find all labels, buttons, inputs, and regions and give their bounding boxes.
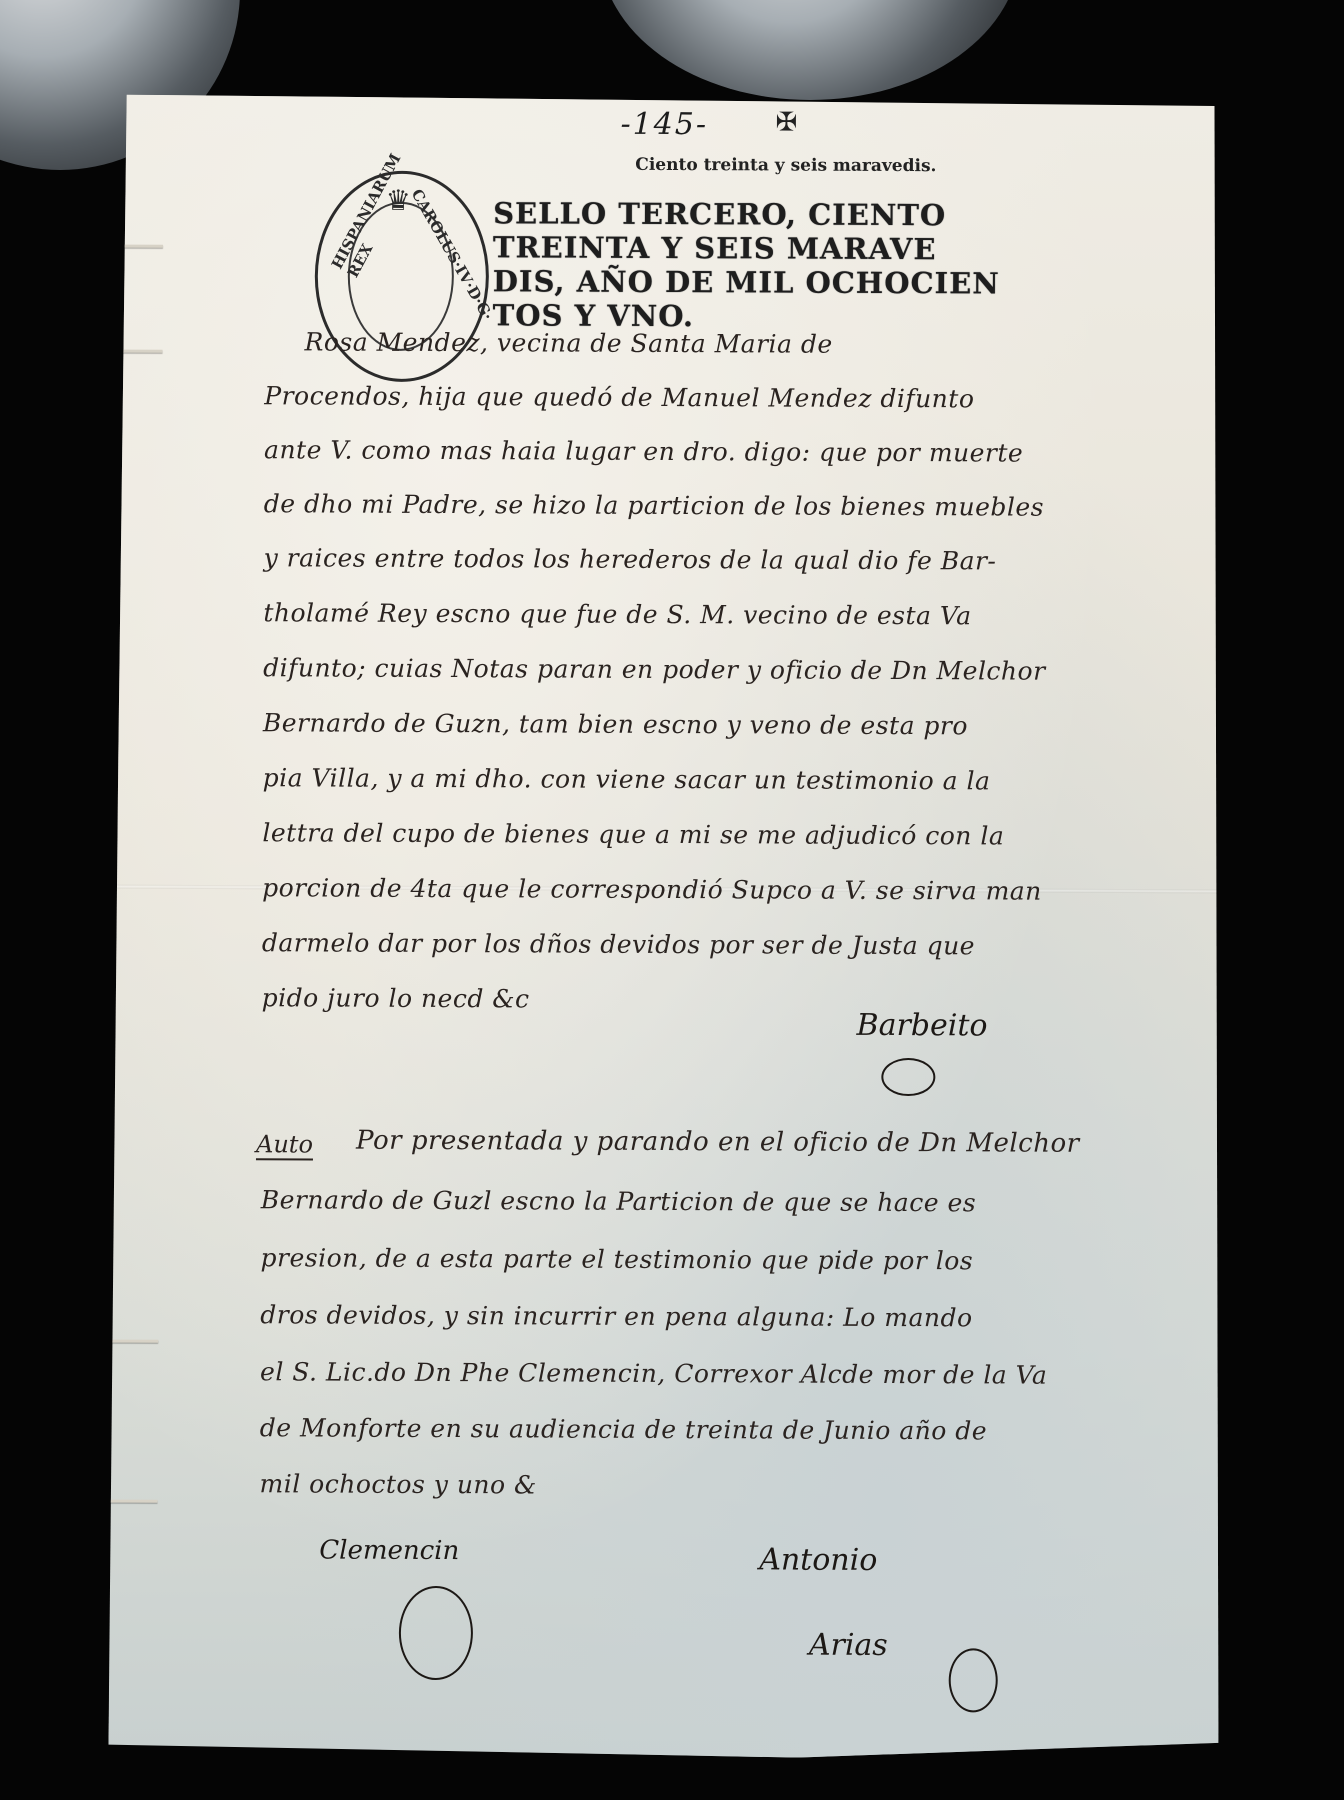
- glass-object-right: [600, 0, 1020, 100]
- petition-line: pia Villa, y a mi dho. con viene sacar u…: [263, 763, 991, 795]
- decree-line: Por presentada y parando en el oficio de…: [356, 1126, 1080, 1159]
- petition-line: de dho mi Padre, se hizo la particion de…: [264, 489, 1044, 521]
- petition-line: y raices entre todos los herederos de la…: [264, 543, 997, 575]
- petition-line: lettra del cupo de bienes que a mi se me…: [262, 818, 1004, 850]
- petition-line: porcion de 4ta que le correspondió Supco…: [262, 873, 1042, 905]
- decree-line: de Monforte en su audiencia de treinta d…: [260, 1413, 987, 1445]
- cross-icon: ✠: [775, 107, 797, 137]
- stamp-line: SELLO TERCERO, CIENTO: [493, 196, 1000, 232]
- petition-line: ante V. como mas haia lugar en dro. digo…: [264, 435, 1023, 467]
- petition-line: Procendos, hija que quedó de Manuel Mend…: [264, 381, 974, 413]
- binding-stitch: [109, 1500, 157, 1503]
- decree-line: dros devidos, y sin incurrir en pena alg…: [260, 1300, 972, 1332]
- petition-signature: Barbeito: [856, 1008, 987, 1044]
- decree-line: mil ochoctos y uno &: [260, 1469, 537, 1499]
- decree-line: el S. Lic.do Dn Phe Clemencin, Correxor …: [260, 1357, 1047, 1389]
- signature-arias: Arias: [809, 1628, 888, 1663]
- petition-line: tholamé Rey escno que fue de S. M. vecin…: [263, 598, 971, 630]
- folio-number: -145-: [620, 107, 708, 142]
- petition-line: pido juro lo necd &c: [262, 983, 530, 1013]
- decree-line: presion, de a esta parte el testimonio q…: [260, 1243, 973, 1275]
- binding-stitch: [115, 350, 163, 353]
- signature-antonio: Antonio: [759, 1542, 877, 1578]
- binding-stitch: [115, 245, 163, 248]
- stamp-text-block: SELLO TERCERO, CIENTO TREINTA Y SEIS MAR…: [493, 196, 1001, 334]
- petition-line: Bernardo de Guzn, tam bien escno y veno …: [263, 708, 968, 740]
- stamp-line: DIS, AÑO DE MIL OCHOCIEN: [493, 264, 1000, 300]
- tax-value-line: Ciento treinta y seis maravedis.: [635, 155, 936, 176]
- stamp-line: TREINTA Y SEIS MARAVE: [493, 230, 1000, 266]
- binding-stitch: [110, 1340, 158, 1343]
- petition-line: difunto; cuias Notas paran en poder y of…: [263, 653, 1046, 685]
- manuscript-page: -145- ✠ Ciento treinta y seis maravedis.…: [108, 95, 1225, 1760]
- decree-margin-label: Auto: [256, 1130, 313, 1160]
- rubric-flourish-left: [399, 1586, 473, 1680]
- petition-line: Rosa Mendez, vecina de Santa Maria de: [304, 327, 832, 358]
- rubric-flourish: [881, 1058, 935, 1096]
- signature-clemencin: Clemencin: [319, 1535, 459, 1566]
- rubric-flourish-right: [949, 1648, 998, 1712]
- decree-line: Bernardo de Guzl escno la Particion de q…: [261, 1185, 976, 1217]
- petition-line: darmelo dar por los dños devidos por ser…: [262, 928, 975, 960]
